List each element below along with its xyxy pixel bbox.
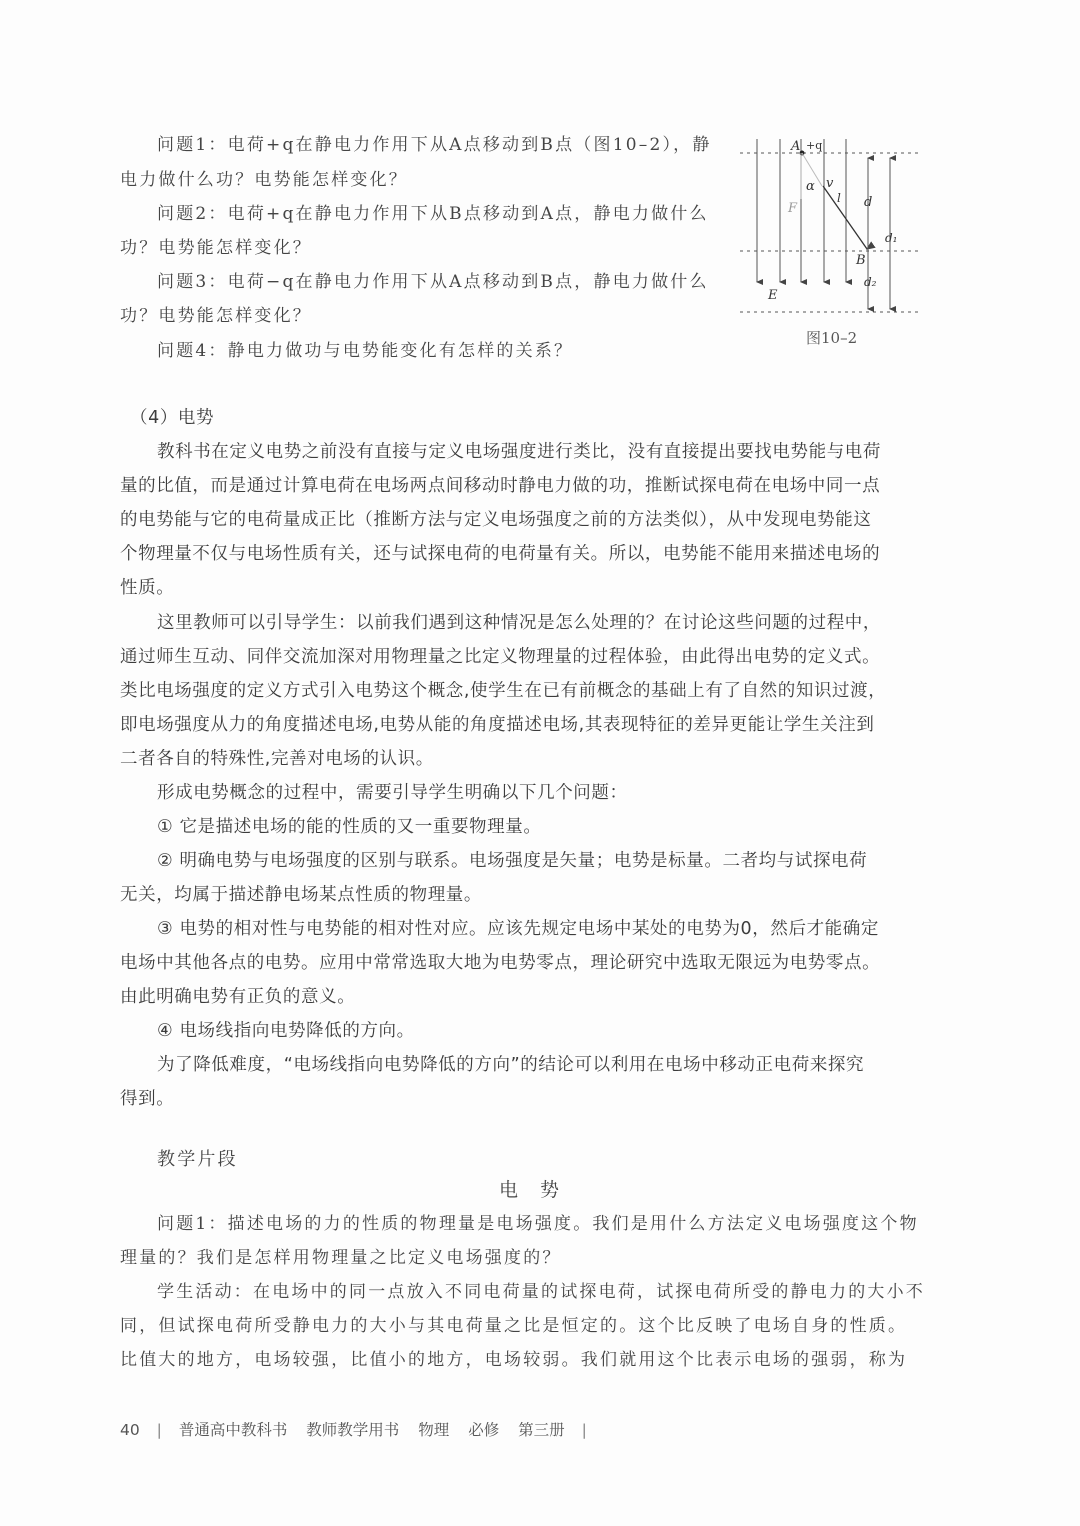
- paragraph-line: 为了降低难度，“电场线指向电势降低的方向”的结论可以利用在电场中移动正电荷来探究: [157, 1053, 957, 1077]
- label-e: E: [767, 288, 778, 303]
- figure-caption: 图10–2: [806, 327, 857, 348]
- point-line: ① 它是描述电场的能的性质的又一重要物理量。: [157, 815, 957, 839]
- paragraph-3: 形成电势概念的过程中，需要引导学生明确以下几个问题：: [157, 781, 957, 805]
- figure-10-2: A +q α v l F d d₁ B d₂ E: [740, 124, 940, 354]
- paragraph-line: 即电场强度从力的角度描述电场,电势从能的角度描述电场,其表现特征的差异更能让学生…: [120, 713, 920, 737]
- teaching-line: 理量的？我们是怎样用物理量之比定义电场强度的？: [120, 1246, 920, 1270]
- teaching-title: 电势: [0, 1178, 1080, 1202]
- point-line: 电场中其他各点的电势。应用中常常选取大地为电势零点，理论研究中选取无限远为电势零…: [120, 951, 920, 975]
- label-alpha: α: [806, 179, 815, 194]
- divider: |: [582, 1421, 587, 1439]
- paragraph-line: 二者各自的特殊性,完善对电场的认识。: [120, 747, 920, 771]
- paragraph-line: 性质。: [120, 576, 920, 600]
- paragraph-line: 教科书在定义电势之前没有直接与定义电场强度进行类比，没有直接提出要找电势能与电荷: [157, 440, 957, 464]
- label-v: v: [826, 176, 834, 191]
- paragraph-line: 的电势能与它的电荷量成正比（推断方法与定义电场强度之前的方法类似），从中发现电势…: [120, 508, 920, 532]
- label-d2: d₂: [864, 275, 877, 289]
- paragraph-line: 类比电场强度的定义方式引入电势这个概念,使学生在已有前概念的基础上有了自然的知识…: [120, 679, 920, 703]
- label-b: B: [855, 253, 866, 268]
- section-heading: （4）电势: [130, 406, 930, 430]
- footer-course: 必修: [468, 1421, 499, 1439]
- footer-series: 普通高中教科书: [179, 1421, 288, 1439]
- point-line: ② 明确电势与电场强度的区别与联系。电场强度是矢量；电势是标量。二者均与试探电荷: [157, 849, 957, 873]
- teaching-line: 学生活动：在电场中的同一点放入不同电荷量的试探电荷，试探电荷所受的静电力的大小不: [157, 1280, 957, 1304]
- point-line: ④ 电场线指向电势降低的方向。: [157, 1019, 957, 1043]
- teaching-line: 同，但试探电荷所受静电力的大小与其电荷量之比是恒定的。这个比反映了电场自身的性质…: [120, 1314, 920, 1338]
- teaching-line: 比值大的地方，电场较强，比值小的地方，电场较弱。我们就用这个比表示电场的强弱，称…: [120, 1348, 920, 1372]
- footer-volume: 第三册: [518, 1421, 565, 1439]
- paragraph-line: 这里教师可以引导学生：以前我们遇到这种情况是怎么处理的？在讨论这些问题的过程中，: [157, 611, 957, 635]
- teaching-segment-label: 教学片段: [157, 1148, 957, 1172]
- teaching-line: 问题1：描述电场的力的性质的物理量是电场强度。我们是用什么方法定义电场强度这个物: [157, 1212, 957, 1236]
- label-charge: +q: [806, 139, 822, 152]
- page-footer: 40 | 普通高中教科书 教师教学用书 物理 必修 第三册 |: [120, 1418, 599, 1440]
- paragraph-line: 量的比值，而是通过计算电荷在电场两点间移动时静电力做的功，推断试探电荷在电场中同…: [120, 474, 920, 498]
- label-l: l: [837, 191, 841, 205]
- point-line: 无关，均属于描述静电场某点性质的物理量。: [120, 883, 920, 907]
- label-a: A: [790, 139, 800, 154]
- paragraph-line: 得到。: [120, 1087, 920, 1111]
- label-d1: d₁: [885, 231, 898, 245]
- label-d: d: [864, 195, 872, 210]
- electric-field-diagram: A +q α v l F d d₁ B d₂ E: [740, 124, 940, 324]
- label-f: F: [787, 201, 798, 216]
- point-line: ③ 电势的相对性与电势能的相对性对应。应该先规定电场中某处的电势为0，然后才能确…: [157, 917, 957, 941]
- paragraph-line: 通过师生互动、同伴交流加深对用物理量之比定义物理量的过程体验，由此得出电势的定义…: [120, 645, 920, 669]
- divider: |: [157, 1421, 162, 1439]
- page-number: 40: [120, 1421, 140, 1439]
- footer-subject: 物理: [418, 1421, 449, 1439]
- point-line: 由此明确电势有正负的意义。: [120, 985, 920, 1009]
- paragraph-line: 个物理量不仅与电场性质有关，还与试探电荷的电荷量有关。所以，电势能不能用来描述电…: [120, 542, 920, 566]
- footer-book-type: 教师教学用书: [306, 1421, 399, 1439]
